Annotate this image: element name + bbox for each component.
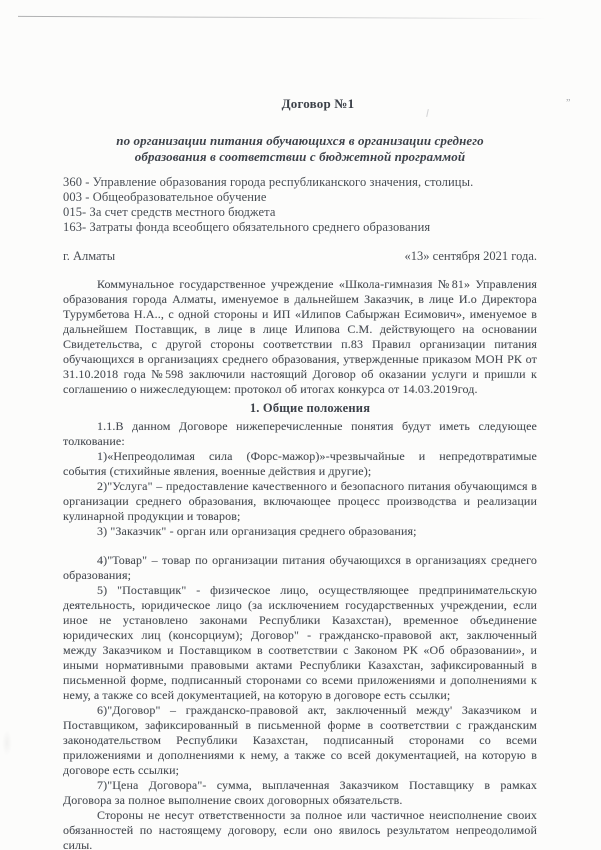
contract-subtitle-line2: образования в соответствии с бюджетной п… <box>63 149 537 165</box>
budget-line-015: 015- За счет средств местного бюджета <box>63 205 537 220</box>
definition-usluga: 2)"Услуга" – предоставление качественног… <box>63 479 537 524</box>
date-label: «13» сентября 2021 года. <box>405 249 537 264</box>
budget-line-003: 003 - Общеобразовательное обучение <box>63 190 537 205</box>
city-label: г. Алматы <box>63 249 115 264</box>
budget-line-360: 360 - Управление образования города респ… <box>63 175 537 190</box>
force-majeure-liability-paragraph: Стороны не несут ответственности за полн… <box>63 808 537 850</box>
preamble-paragraph: Коммунальное государственное учреждение … <box>63 277 537 397</box>
budget-program-list: 360 - Управление образования города респ… <box>63 175 537 235</box>
contract-subtitle: по организации питания обучающихся в орг… <box>63 133 537 165</box>
definition-force-majeure: 1)«Непреодолимая сила (Форс-мажор)»-чрез… <box>63 449 537 479</box>
definition-postavshchik: 5) "Поставщик" - физическое лицо, осущес… <box>63 583 537 703</box>
definition-tsena-dogovora: 7)"Цена Договора"- сумма, выплаченная За… <box>63 778 537 808</box>
definition-dogovor: 6)"Договор" – гражданско-правовой акт, з… <box>63 703 537 778</box>
section-1-heading: 1. Общие положения <box>63 401 537 416</box>
definition-tovar: 4)"Товар" – товар по организации питания… <box>63 553 537 583</box>
document-content: Договор №1 по организации питания обучаю… <box>63 0 537 850</box>
clause-1-1: 1.1.В данном Договоре нижеперечисленные … <box>63 419 537 449</box>
definition-zakazchik: 3) "Заказчик" - орган или организация ср… <box>63 524 537 539</box>
place-date-row: г. Алматы «13» сентября 2021 года. <box>63 249 537 264</box>
budget-line-163: 163- Затраты фонда всеобщего обязательно… <box>63 220 537 235</box>
contract-title: Договор №1 <box>63 96 537 112</box>
scan-artifact-speck: ” <box>566 98 570 109</box>
scanned-contract-page: ” Договор №1 по организации питания обуч… <box>0 0 601 850</box>
scan-artifact-smudge <box>2 730 12 756</box>
contract-subtitle-line1: по организации питания обучающихся в орг… <box>63 133 537 149</box>
